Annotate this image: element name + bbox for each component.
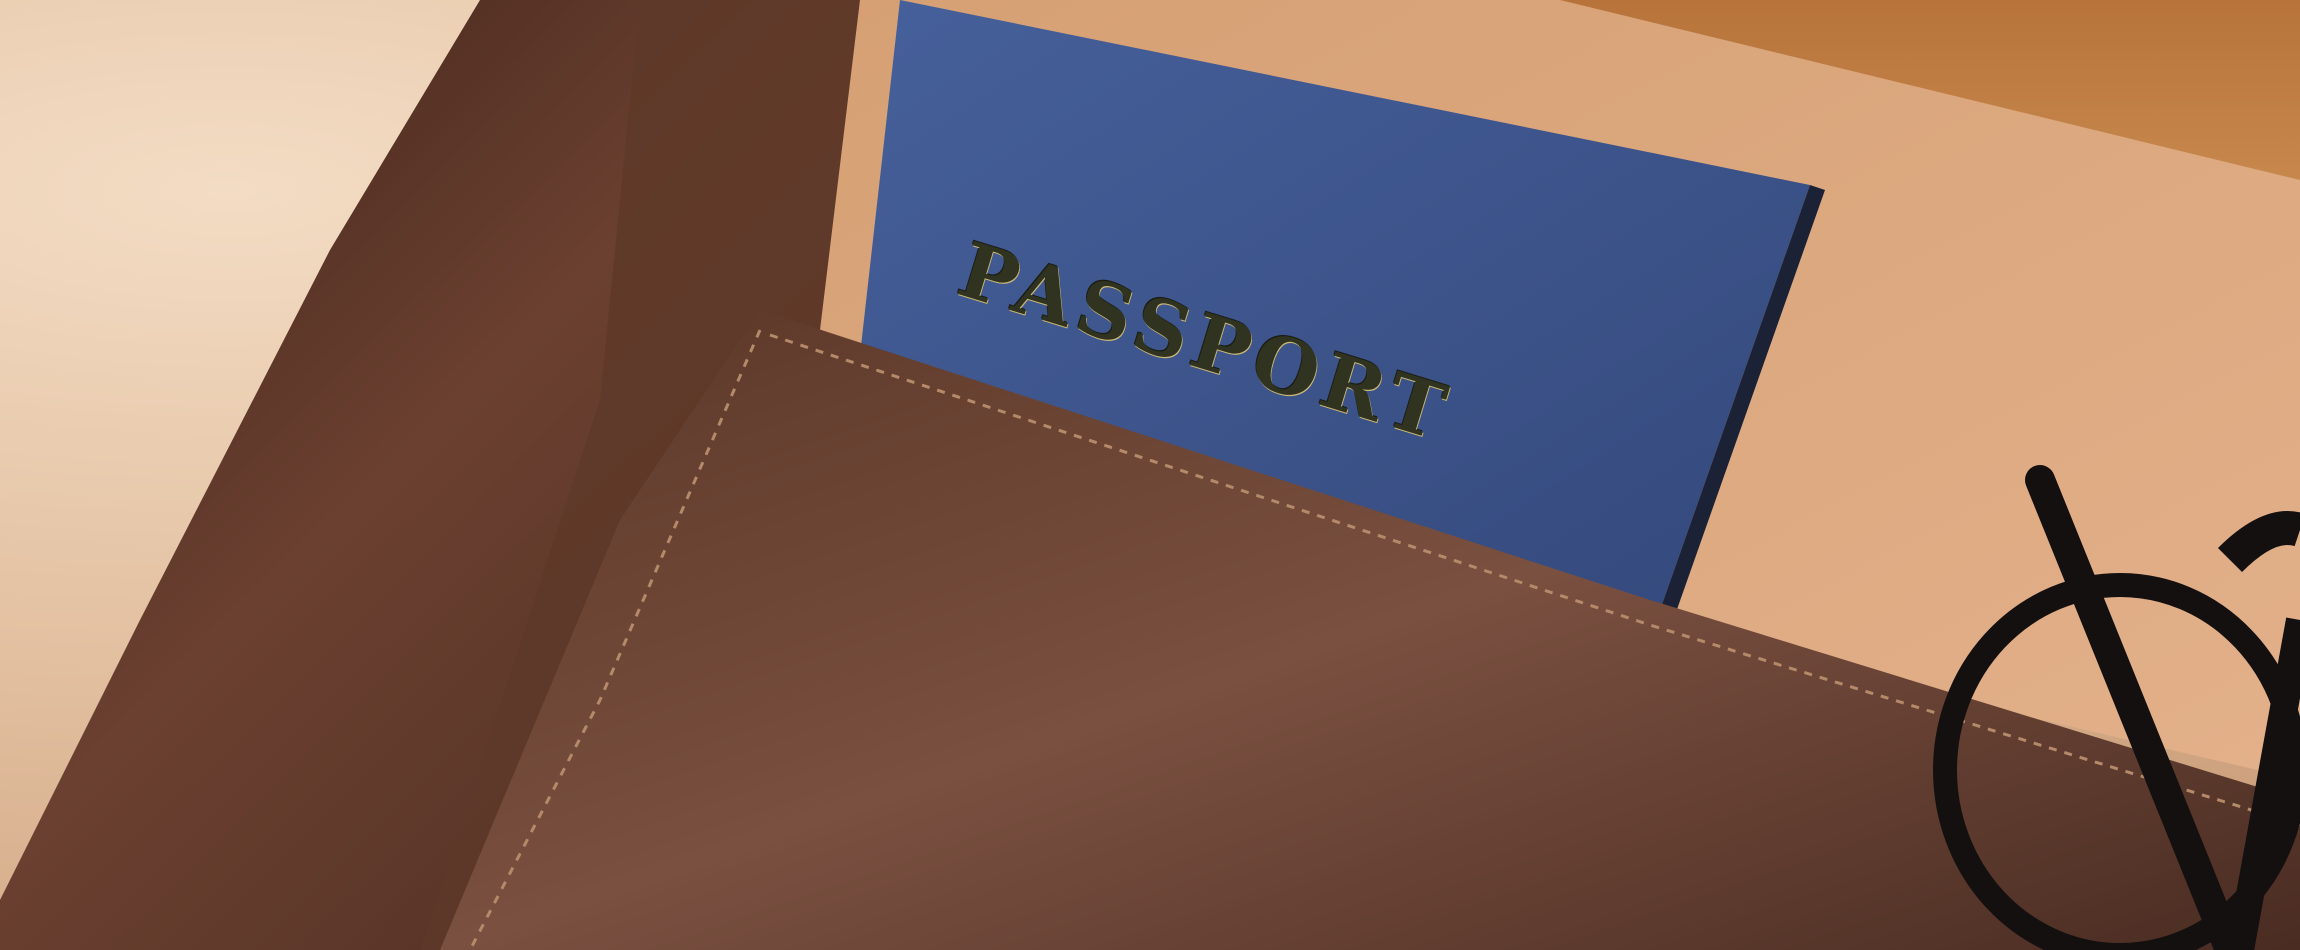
photo-illustration xyxy=(0,0,2300,950)
photo: PASSPORT xyxy=(0,0,2300,950)
